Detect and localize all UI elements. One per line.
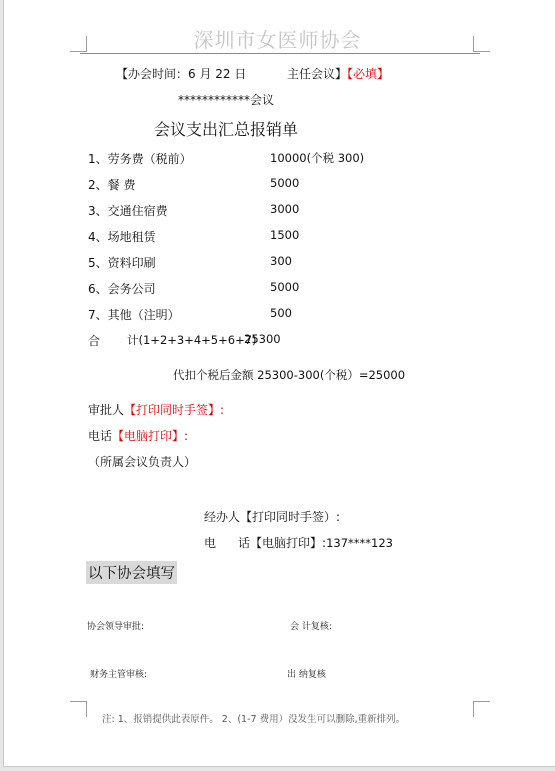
expense-label: 4、场地租赁 <box>88 228 156 245</box>
total-label: 合 <box>88 332 100 349</box>
corner-mark-bottom-right <box>473 701 490 717</box>
expense-amount: 10000(个税 300) <box>270 150 364 166</box>
meeting-time: 【办会时间：6 月 22 日 <box>116 67 246 81</box>
expense-label: 7、其他（注明） <box>88 306 180 323</box>
total-formula: 计(1+2+3+4+5+6+7) <box>127 332 257 348</box>
meeting-time-line: 【办会时间：6 月 22 日 <box>116 65 246 82</box>
handler-phone-value: 137****123 <box>326 536 393 550</box>
leader-approval-label: 协会领导审批: <box>87 619 144 632</box>
corner-mark-bottom-left <box>70 701 87 717</box>
expense-label: 6、会务公司 <box>88 280 156 297</box>
meeting-name: ************会议 <box>178 91 274 108</box>
expense-label: 3、交通住宿费 <box>88 202 168 219</box>
expense-label: 2、餐 费 <box>88 176 135 193</box>
handler-label: 经办人【打印同时手签）: <box>204 508 340 525</box>
expense-amount: 5000 <box>270 280 299 294</box>
expense-label: 1、劳务费（税前） <box>88 150 192 167</box>
approver-line: 审批人【打印同时手签】: <box>88 401 224 418</box>
form-title: 会议支出汇总报销单 <box>154 117 298 140</box>
expense-label: 5、资料印刷 <box>88 254 156 271</box>
handler-phone-label1: 电 <box>204 536 216 550</box>
approver-label: 审批人 <box>88 403 124 417</box>
handler-phone-label2: 话【电脑打印】: <box>238 536 326 550</box>
document-page <box>3 0 555 767</box>
expense-amount: 1500 <box>270 228 299 242</box>
association-section-title: 以下协会填写 <box>86 561 177 584</box>
header-title: 深圳市女医师协会 <box>0 24 555 53</box>
phone-label: 电话 <box>88 429 112 443</box>
expense-amount: 5000 <box>270 176 299 190</box>
footer-note: 注: 1、报销提供此表原件。 2、(1-7 费用）没发生可以删除,重新排列。 <box>102 711 405 725</box>
required-tag: 【必填】 <box>347 67 389 81</box>
phone-hint: 【电脑打印】: <box>112 429 188 443</box>
responsible-note: （所属会议负责人） <box>88 453 196 470</box>
header-divider <box>80 53 480 54</box>
meeting-host-line: 主任会议】【必填】 <box>287 65 389 82</box>
handler-phone-line: 电话【电脑打印】:137****123 <box>204 534 393 551</box>
finance-review-label: 财务主管审核: <box>90 667 147 680</box>
expense-amount: 300 <box>270 254 292 268</box>
total-amount: 25300 <box>244 332 281 346</box>
phone-line: 电话【电脑打印】: <box>88 427 188 444</box>
after-tax-amount: 代扣个税后金额 25300-300(个税）=25000 <box>173 367 405 383</box>
accounting-review-label: 会 计复核: <box>290 619 332 632</box>
expense-amount: 3000 <box>270 202 299 216</box>
cashier-review-label: 出 纳复核 <box>287 667 326 680</box>
meeting-host: 主任会议】 <box>287 67 347 81</box>
expense-amount: 500 <box>270 306 292 320</box>
approver-hint: 【打印同时手签】: <box>124 403 224 417</box>
